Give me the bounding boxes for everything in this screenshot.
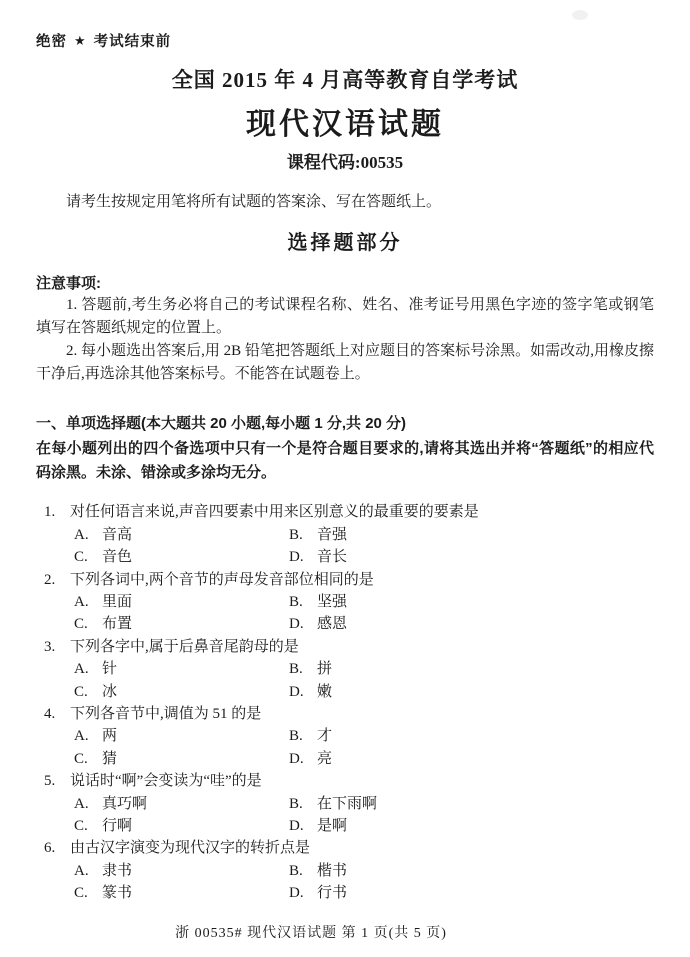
section-one-heading: 一、单项选择题(本大题共 20 小题,每小题 1 分,共 20 分) [36, 412, 654, 436]
answer-option-a: A. 里面 [74, 591, 289, 613]
star-icon: ★ [74, 33, 87, 49]
option-text: 楷书 [317, 860, 347, 882]
answer-option-d: D. 嫩 [289, 681, 654, 703]
option-label: D. [289, 681, 317, 703]
option-label: A. [74, 793, 102, 815]
answer-option-a: A. 两 [74, 725, 289, 747]
answer-option-d: D. 亮 [289, 748, 654, 770]
option-text: 音高 [102, 524, 132, 546]
answer-option-d: D. 音长 [289, 546, 654, 568]
answer-option-c: C. 篆书 [74, 882, 289, 904]
question-number: 6. [44, 837, 70, 859]
note-item: 1. 答题前,考生务必将自己的考试课程名称、姓名、准考证号用黑色字迹的签字笔或钢… [36, 294, 654, 339]
answer-option-b: B. 坚强 [289, 591, 654, 613]
question-number: 1. [44, 501, 70, 523]
option-text: 在下雨啊 [317, 793, 377, 815]
option-text: 两 [102, 725, 117, 747]
answer-option-c: C. 冰 [74, 681, 289, 703]
question-number: 3. [44, 636, 70, 658]
question-number: 2. [44, 569, 70, 591]
answer-option-d: D. 感恩 [289, 613, 654, 635]
notes-heading: 注意事项: [36, 272, 654, 293]
option-label: B. [289, 524, 317, 546]
option-text: 才 [317, 725, 332, 747]
exam-session-title: 全国 2015 年 4 月高等教育自学考试 [36, 64, 654, 94]
question-block: 3. 下列各字中,属于后鼻音尾韵母的是 A. 针 B. 拼 C. 冰 D. 嫩 [36, 636, 654, 703]
option-label: C. [74, 546, 102, 568]
footer-page-info: 浙 00535# 现代汉语试题 第 1 页(共 5 页) [0, 922, 690, 942]
exam-timing-label: 考试结束前 [94, 30, 172, 51]
questions-list: 1. 对任何语言来说,声音四要素中用来区别意义的最重要的要素是 A. 音高 B.… [36, 501, 654, 904]
answer-option-c: C. 猜 [74, 748, 289, 770]
answer-option-b: B. 在下雨啊 [289, 793, 654, 815]
answer-options: A. 隶书 B. 楷书 C. 篆书 D. 行书 [44, 860, 654, 905]
option-label: C. [74, 681, 102, 703]
question-stem: 由古汉字演变为现代汉字的转折点是 [70, 837, 654, 859]
section-one-description: 在每小题列出的四个备选项中只有一个是符合题目要求的,请将其选出并将“答题纸”的相… [36, 437, 654, 485]
option-text: 感恩 [317, 613, 347, 635]
option-label: D. [289, 748, 317, 770]
question-block: 2. 下列各词中,两个音节的声母发音部位相同的是 A. 里面 B. 坚强 C. … [36, 569, 654, 636]
option-text: 行书 [317, 882, 347, 904]
option-label: D. [289, 882, 317, 904]
question-stem: 下列各词中,两个音节的声母发音部位相同的是 [70, 569, 654, 591]
option-label: A. [74, 725, 102, 747]
option-text: 亮 [317, 748, 332, 770]
answer-option-b: B. 才 [289, 725, 654, 747]
question-stem: 说话时“啊”会变读为“哇”的是 [70, 770, 654, 792]
option-label: A. [74, 524, 102, 546]
page-content: 绝密 ★ 考试结束前 全国 2015 年 4 月高等教育自学考试 现代汉语试题 … [0, 0, 690, 905]
question-stem: 下列各字中,属于后鼻音尾韵母的是 [70, 636, 654, 658]
option-text: 行啊 [102, 815, 132, 837]
option-text: 嫩 [317, 681, 332, 703]
option-label: D. [289, 613, 317, 635]
secrecy-label: 绝密 [36, 30, 67, 51]
option-label: A. [74, 591, 102, 613]
question-block: 4. 下列各音节中,调值为 51 的是 A. 两 B. 才 C. 猜 D. 亮 [36, 703, 654, 770]
answer-option-b: B. 音强 [289, 524, 654, 546]
question-stem: 对任何语言来说,声音四要素中用来区别意义的最重要的要素是 [70, 501, 654, 523]
answer-option-c: C. 布置 [74, 613, 289, 635]
answer-option-a: A. 音高 [74, 524, 289, 546]
answer-options: A. 针 B. 拼 C. 冰 D. 嫩 [44, 658, 654, 703]
answer-options: A. 里面 B. 坚强 C. 布置 D. 感恩 [44, 591, 654, 636]
option-text: 针 [102, 658, 117, 680]
scan-artifact [572, 10, 588, 20]
answer-option-c: C. 行啊 [74, 815, 289, 837]
question-block: 1. 对任何语言来说,声音四要素中用来区别意义的最重要的要素是 A. 音高 B.… [36, 501, 654, 568]
option-label: B. [289, 591, 317, 613]
option-text: 拼 [317, 658, 332, 680]
option-text: 是啊 [317, 815, 347, 837]
question-number: 5. [44, 770, 70, 792]
answer-sheet-notice: 请考生按规定用笔将所有试题的答案涂、写在答题纸上。 [36, 190, 654, 211]
option-label: C. [74, 882, 102, 904]
question-stem-line: 2. 下列各词中,两个音节的声母发音部位相同的是 [44, 569, 654, 591]
option-label: D. [289, 815, 317, 837]
option-text: 篆书 [102, 882, 132, 904]
answer-option-c: C. 音色 [74, 546, 289, 568]
option-text: 布置 [102, 613, 132, 635]
option-label: A. [74, 860, 102, 882]
question-stem-line: 5. 说话时“啊”会变读为“哇”的是 [44, 770, 654, 792]
answer-option-d: D. 是啊 [289, 815, 654, 837]
answer-option-a: A. 针 [74, 658, 289, 680]
option-text: 真巧啊 [102, 793, 147, 815]
question-block: 5. 说话时“啊”会变读为“哇”的是 A. 真巧啊 B. 在下雨啊 C. 行啊 … [36, 770, 654, 837]
option-text: 隶书 [102, 860, 132, 882]
secrecy-banner: 绝密 ★ 考试结束前 [36, 30, 654, 51]
answer-option-b: B. 楷书 [289, 860, 654, 882]
answer-option-a: A. 隶书 [74, 860, 289, 882]
option-text: 冰 [102, 681, 117, 703]
answer-options: A. 两 B. 才 C. 猜 D. 亮 [44, 725, 654, 770]
question-stem-line: 6. 由古汉字演变为现代汉字的转折点是 [44, 837, 654, 859]
option-label: A. [74, 658, 102, 680]
option-text: 里面 [102, 591, 132, 613]
question-stem-line: 4. 下列各音节中,调值为 51 的是 [44, 703, 654, 725]
option-label: D. [289, 546, 317, 568]
option-label: C. [74, 815, 102, 837]
option-label: B. [289, 725, 317, 747]
answer-option-a: A. 真巧啊 [74, 793, 289, 815]
question-number: 4. [44, 703, 70, 725]
option-text: 猜 [102, 748, 117, 770]
option-label: C. [74, 613, 102, 635]
part-title: 选择题部分 [36, 226, 654, 255]
option-text: 坚强 [317, 591, 347, 613]
paper-title: 现代汉语试题 [36, 99, 654, 143]
note-item: 2. 每小题选出答案后,用 2B 铅笔把答题纸上对应题目的答案标号涂黑。如需改动… [36, 340, 654, 385]
question-block: 6. 由古汉字演变为现代汉字的转折点是 A. 隶书 B. 楷书 C. 篆书 D.… [36, 837, 654, 904]
question-stem-line: 1. 对任何语言来说,声音四要素中用来区别意义的最重要的要素是 [44, 501, 654, 523]
option-text: 音强 [317, 524, 347, 546]
option-text: 音色 [102, 546, 132, 568]
option-text: 音长 [317, 546, 347, 568]
course-code: 课程代码:00535 [36, 148, 654, 173]
option-label: C. [74, 748, 102, 770]
answer-option-b: B. 拼 [289, 658, 654, 680]
option-label: B. [289, 860, 317, 882]
answer-option-d: D. 行书 [289, 882, 654, 904]
answer-options: A. 音高 B. 音强 C. 音色 D. 音长 [44, 524, 654, 569]
question-stem-line: 3. 下列各字中,属于后鼻音尾韵母的是 [44, 636, 654, 658]
exam-paper-page: 绝密 ★ 考试结束前 全国 2015 年 4 月高等教育自学考试 现代汉语试题 … [0, 0, 690, 957]
answer-options: A. 真巧啊 B. 在下雨啊 C. 行啊 D. 是啊 [44, 793, 654, 838]
option-label: B. [289, 658, 317, 680]
option-label: B. [289, 793, 317, 815]
question-stem: 下列各音节中,调值为 51 的是 [70, 703, 654, 725]
